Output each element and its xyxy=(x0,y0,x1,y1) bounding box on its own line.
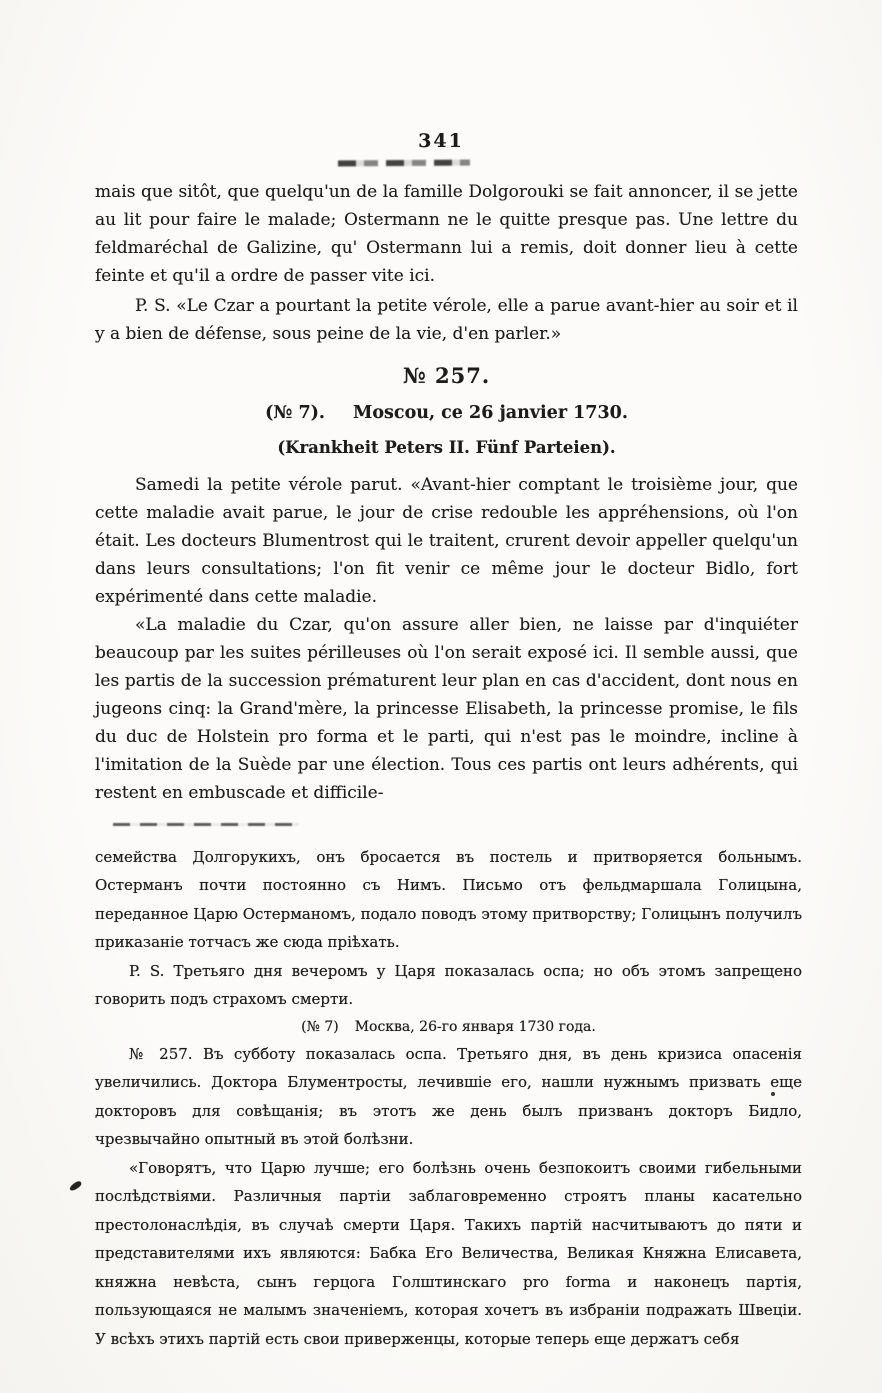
footnote-paragraph-entry: № 257. Въ субботу показалась оспа. Треть… xyxy=(95,1040,802,1154)
ink-dot xyxy=(771,1092,775,1096)
footnote-dateline-reference: (№ 7) xyxy=(301,1019,339,1035)
dateline-place: Moscou, ce 26 janvier 1730. xyxy=(353,403,628,423)
paragraph-smallpox: Samedi la petite vérole parut. «Avant-hi… xyxy=(95,471,798,611)
footnote-block: семейства Долгорукихъ, онъ бросается въ … xyxy=(95,843,802,1354)
paragraph-postscript: P. S. «Le Czar a pourtant la petite véro… xyxy=(95,292,798,348)
ink-mark xyxy=(68,1180,82,1192)
footnote-paragraph-parties: «Говорятъ, что Царю лучше; его болѣзнь о… xyxy=(95,1154,802,1354)
dateline: (№ 7).Moscou, ce 26 janvier 1730. xyxy=(95,399,798,427)
footnote-separator xyxy=(113,823,299,826)
footnote-dateline: (№ 7)Москва, 26-го января 1730 года. xyxy=(95,1014,802,1040)
paragraph-continuation: mais que sitôt, que quelqu'un de la fami… xyxy=(95,178,798,290)
paragraph-parties: «La maladie du Czar, qu'on assure aller … xyxy=(95,611,798,807)
footnote-dateline-place: Москва, 26-го января 1730 года. xyxy=(355,1019,596,1035)
footnote-postscript: P. S. Третьяго дня вечеромъ у Царя показ… xyxy=(95,957,802,1014)
ink-smudge xyxy=(338,160,470,167)
footnote-paragraph-continuation: семейства Долгорукихъ, онъ бросается въ … xyxy=(95,843,802,957)
scanned-book-page: 341 mais que sitôt, que quelqu'un de la … xyxy=(0,0,882,1393)
dateline-reference: (№ 7). xyxy=(265,403,325,423)
entry-subtitle: (Krankheit Peters II. Fünf Parteien). xyxy=(95,434,798,462)
page-number: 341 xyxy=(0,0,882,152)
entry-number-heading: № 257. xyxy=(95,362,798,390)
main-text-block: mais que sitôt, que quelqu'un de la fami… xyxy=(95,178,798,807)
